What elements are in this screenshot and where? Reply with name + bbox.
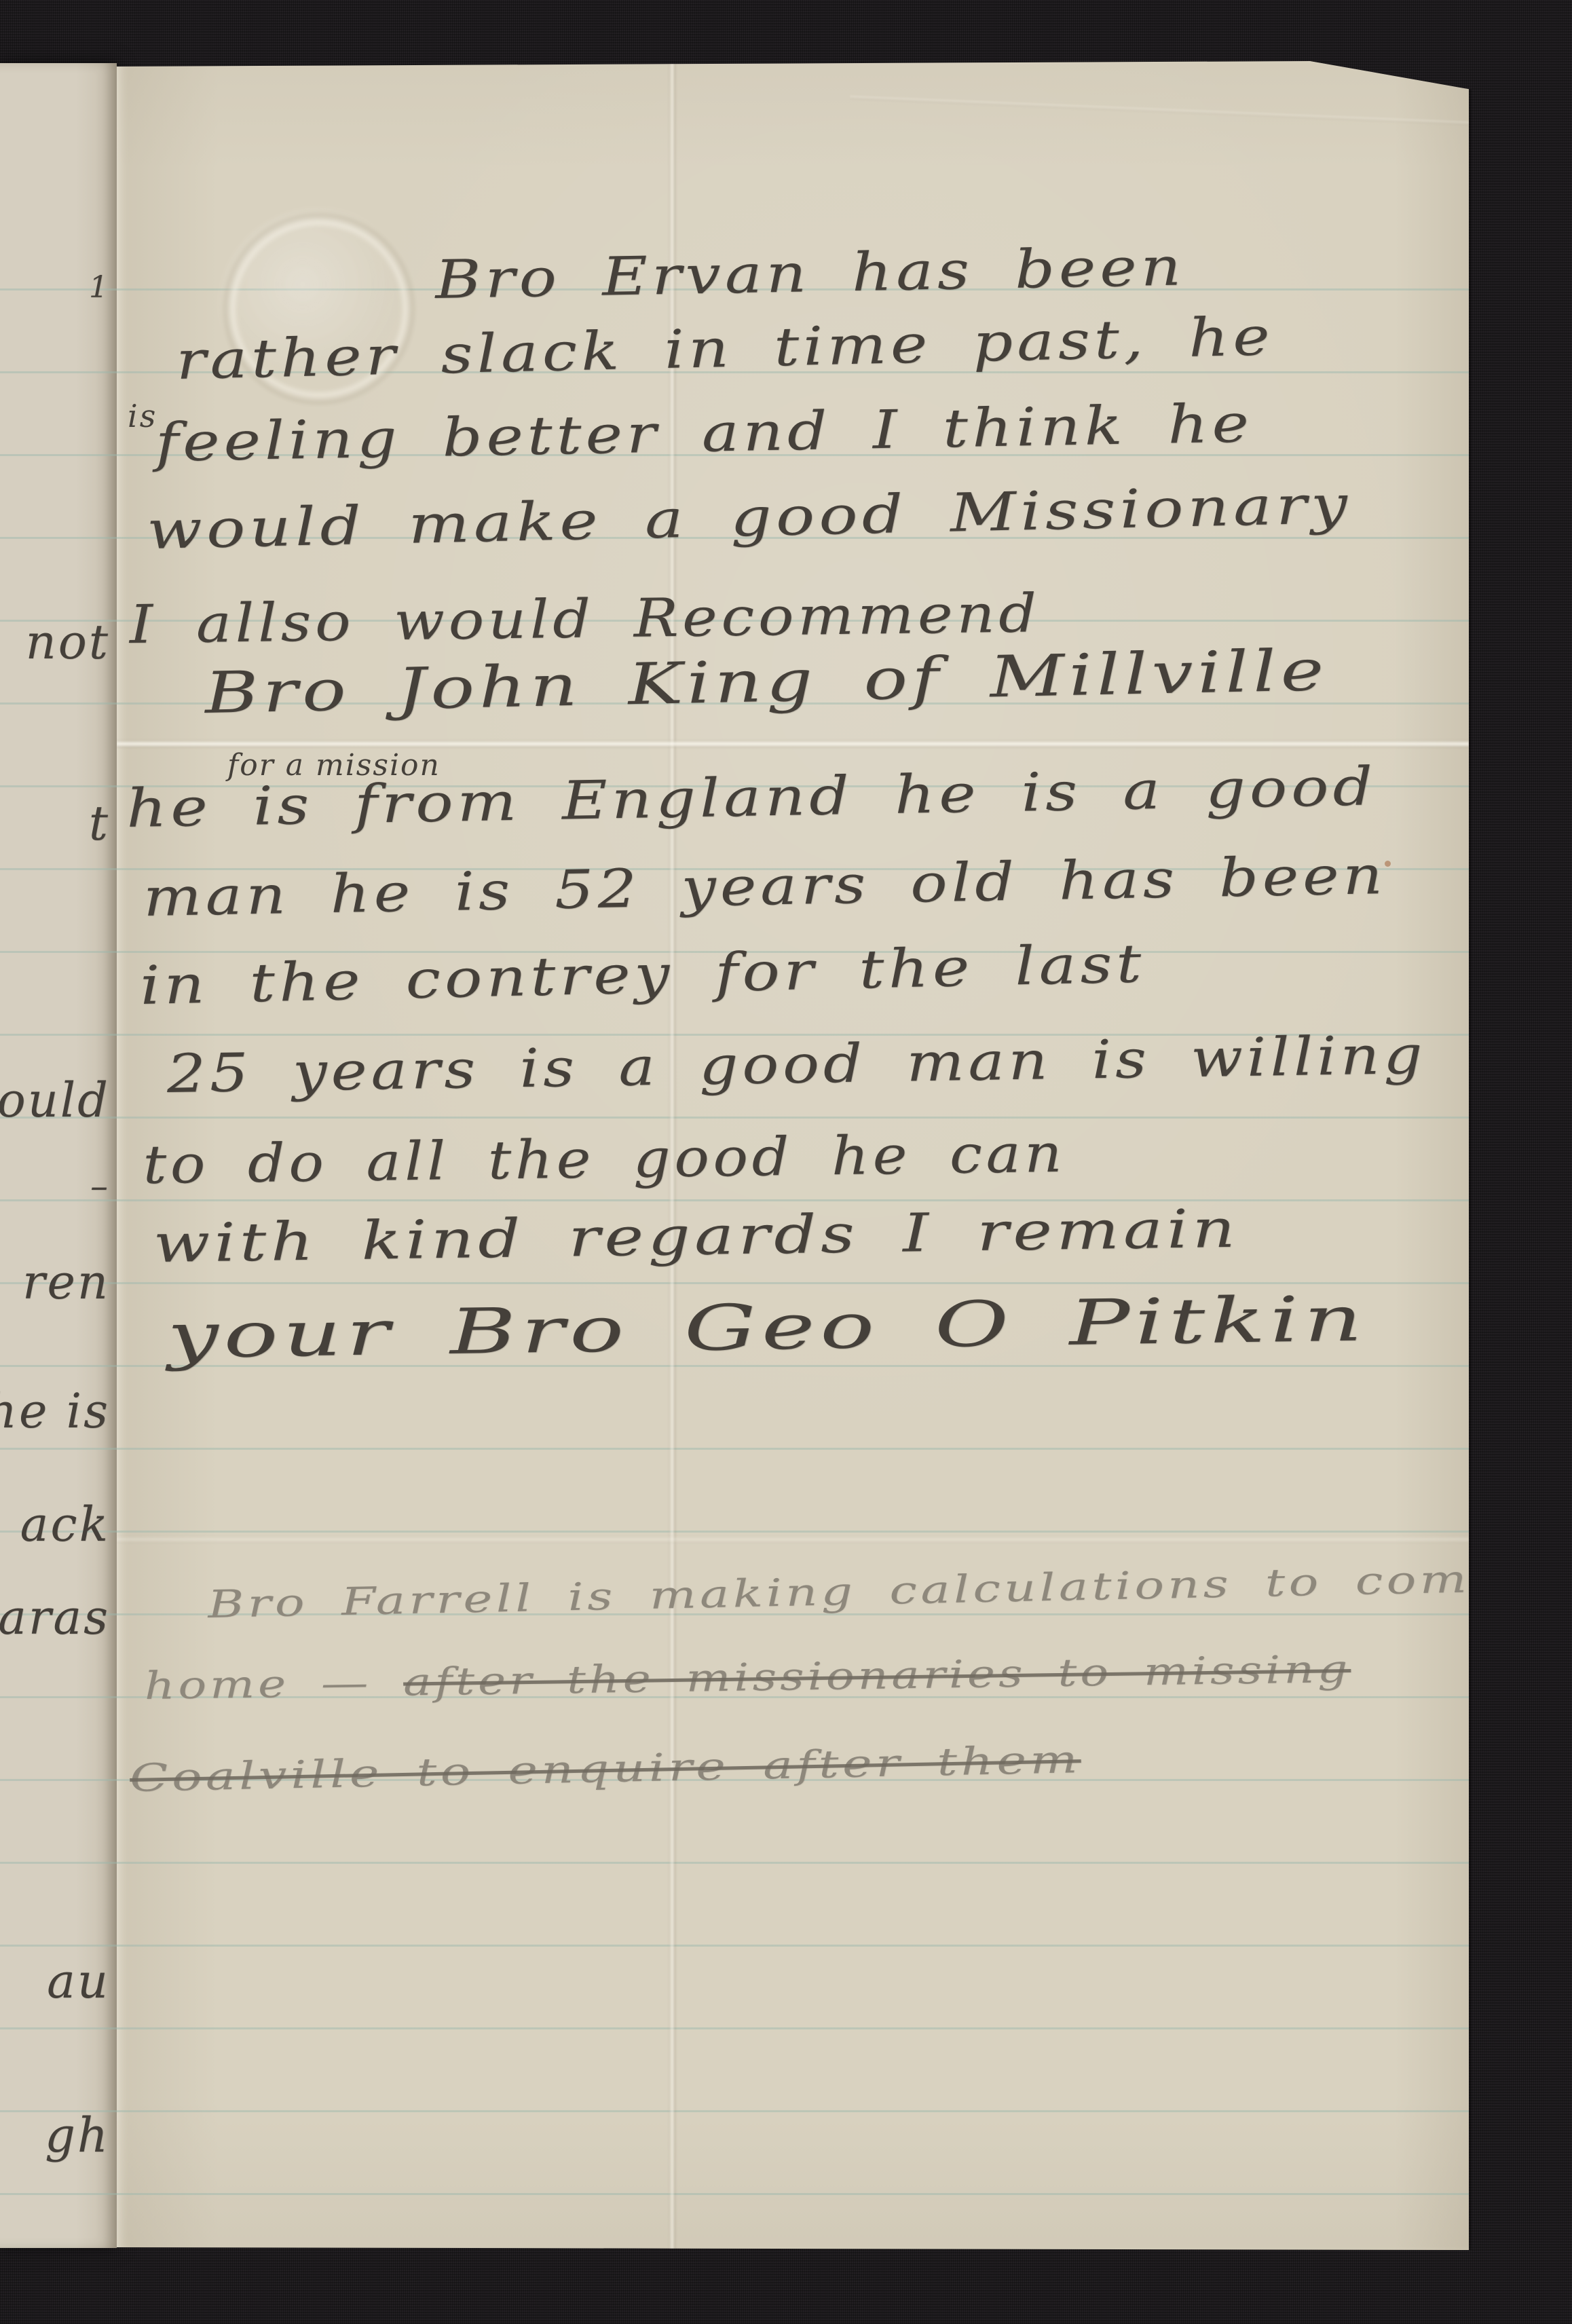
left-page-fragment: he is <box>0 1383 110 1439</box>
left-page-fragment: 1 <box>89 270 110 305</box>
left-page-fragment: haras <box>0 1590 110 1645</box>
superscript-insertion-is: is <box>128 398 157 434</box>
ruled-lines <box>0 288 117 2207</box>
scanned-letter-photo: 1nottould–renhe isackharasaugh is for a … <box>0 0 1572 2324</box>
letter-page: is for a mission Bro Ervan has beenrathe… <box>117 61 1469 2250</box>
left-page-fragment: gh <box>45 2107 110 2163</box>
left-page-fragment: ren <box>22 1254 110 1310</box>
pencil-text: home — <box>144 1661 404 1708</box>
left-page-fragment: ack <box>20 1497 110 1552</box>
diagonal-corner-crease <box>850 96 1469 126</box>
left-page-fragment: t <box>89 795 110 851</box>
left-page-edge: 1nottould–renhe isackharasaugh <box>0 63 117 2248</box>
left-page-fragment: au <box>47 1953 110 2009</box>
left-page-fragment: – <box>90 1166 110 1207</box>
handwriting-line: to do all the good he can <box>143 1123 1066 1196</box>
horizontal-fold-crease-faint <box>117 1535 1469 1543</box>
left-page-fragment: not <box>26 614 110 670</box>
horizontal-fold-crease <box>117 740 1469 748</box>
left-page-fragment: ould <box>0 1072 110 1128</box>
